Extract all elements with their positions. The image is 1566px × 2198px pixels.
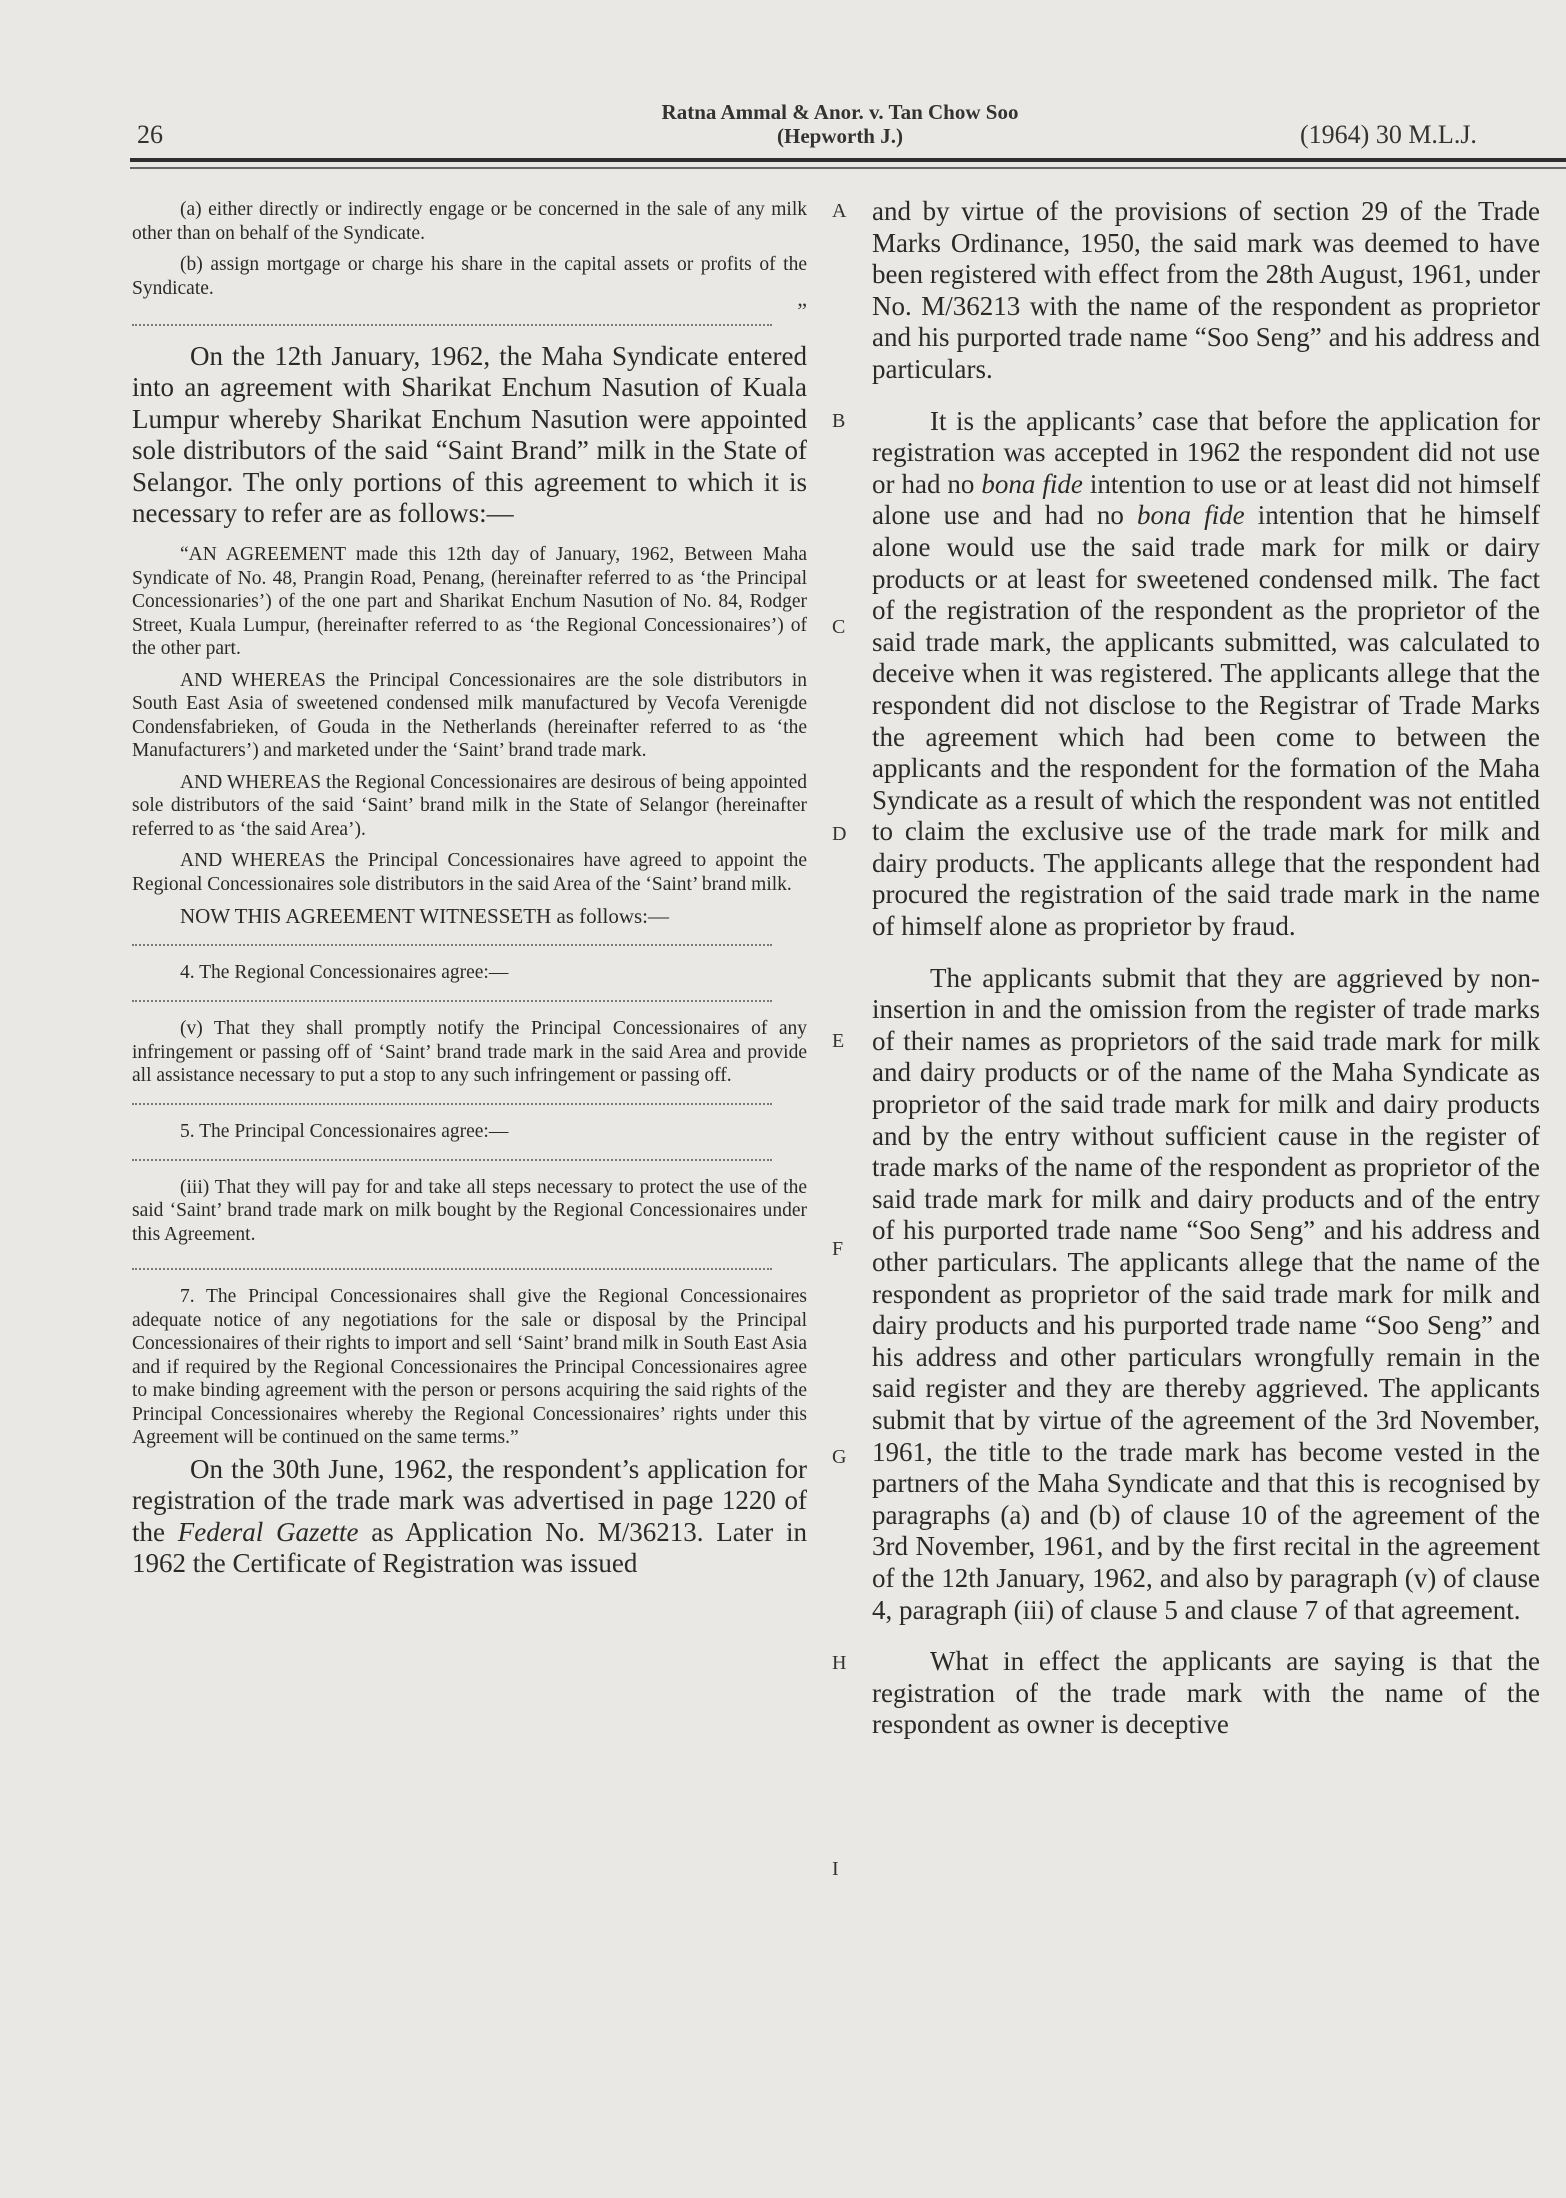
clause-5-paragraph-iii: (iii) That they will pay for and take al… [132, 1176, 807, 1247]
ellipsis-rule [132, 1103, 772, 1105]
margin-letter-a: A [832, 200, 846, 223]
paragraph-aggrieved: The applicants submit that they are aggr… [872, 963, 1540, 1626]
ellipsis-rule [132, 944, 772, 946]
left-column: (a) either directly or indirectly engage… [132, 198, 807, 1580]
right-column: and by virtue of the provisions of secti… [872, 196, 1540, 1741]
margin-letter-g: G [832, 1446, 846, 1469]
clause-5-heading: 5. The Principal Concessionaires agree:— [132, 1120, 807, 1144]
margin-letter-i: I [832, 1858, 839, 1881]
margin-letter-c: C [832, 616, 845, 639]
closing-quote: ” [132, 302, 807, 324]
quoted-clause-b: (b) assign mortgage or charge his share … [132, 253, 807, 300]
recital-whereas-2: AND WHEREAS the Regional Concessionaires… [132, 771, 807, 842]
paragraph-advertised: On the 30th June, 1962, the respondent’s… [132, 1454, 807, 1580]
margin-letter-h: H [832, 1652, 846, 1675]
ellipsis-rule [132, 1159, 772, 1161]
clause-4-paragraph-v: (v) That they shall promptly notify the … [132, 1017, 807, 1088]
margin-letter-f: F [832, 1238, 843, 1261]
paragraph-registration-continued: and by virtue of the provisions of secti… [872, 196, 1540, 386]
law-report-citation: (1964) 30 M.L.J. [1300, 120, 1477, 150]
clause-4-heading: 4. The Regional Concessionaires agree:— [132, 961, 807, 985]
clause-7: 7. The Principal Concessionaires shall g… [132, 1285, 807, 1450]
paragraph-applicants-case: It is the applicants’ case that before t… [872, 406, 1540, 943]
quoted-clause-a: (a) either directly or indirectly engage… [132, 198, 807, 245]
ellipsis-rule [132, 1268, 772, 1270]
case-title: Ratna Ammal & Anor. v. Tan Chow Soo [560, 100, 1120, 124]
margin-letter-d: D [832, 823, 846, 846]
judge-name: (Hepworth J.) [560, 124, 1120, 148]
recital-whereas-1: AND WHEREAS the Principal Concessionaire… [132, 669, 807, 763]
ellipsis-rule [132, 1000, 772, 1002]
header-rule-thick [130, 158, 1566, 162]
paragraph-agreement-intro: On the 12th January, 1962, the Maha Synd… [132, 341, 807, 529]
document-page: 26 Ratna Ammal & Anor. v. Tan Chow Soo (… [0, 0, 1566, 2198]
agreement-preamble: “AN AGREEMENT made this 12th day of Janu… [132, 543, 807, 661]
header-rule-thin [130, 167, 1566, 169]
margin-letter-b: B [832, 410, 845, 433]
ellipsis-rule [132, 324, 772, 326]
gazette-title: Federal Gazette [178, 1517, 359, 1547]
margin-letter-e: E [832, 1030, 844, 1053]
paragraph-in-effect: What in effect the applicants are saying… [872, 1646, 1540, 1741]
witnesseth-clause: NOW THIS AGREEMENT WITNESSETH as follows… [132, 904, 807, 929]
running-head: Ratna Ammal & Anor. v. Tan Chow Soo (Hep… [560, 100, 1120, 148]
page-number: 26 [137, 120, 163, 150]
recital-whereas-3: AND WHEREAS the Principal Concessionaire… [132, 849, 807, 896]
